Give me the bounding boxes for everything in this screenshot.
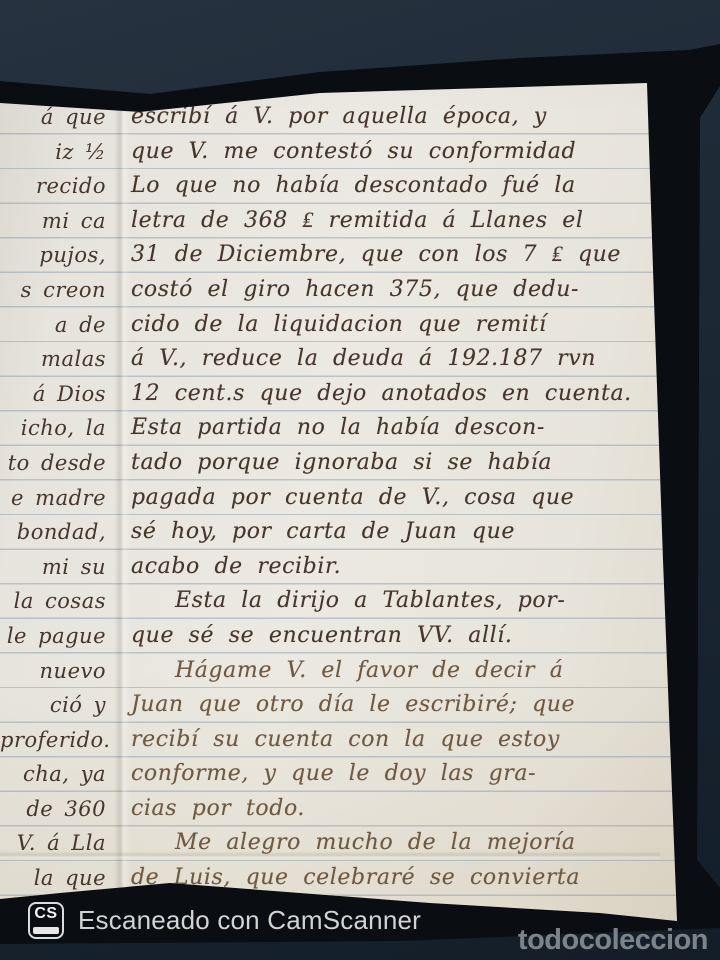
edge-fragment: icho, la: [0, 411, 106, 446]
letter-line: Lo que no había descontado fué la: [131, 169, 671, 204]
letter-line: Juan que otro día le escribiré; que: [131, 688, 671, 723]
letter-line: costó el giro hacen 375, que dedu-: [131, 273, 671, 308]
edge-fragment: to desde: [0, 446, 106, 481]
letter-line: Me alegro mucho de la mejoría: [131, 826, 671, 861]
scanned-letter-photo: á queiz ½recidomi capujos,s creona demal…: [0, 0, 720, 960]
edge-fragment: iz ½: [0, 135, 106, 170]
todocoleccion-watermark: todocoleccion: [518, 924, 708, 957]
letter-line: Esta la dirijo a Tablantes, por-: [131, 584, 671, 619]
edge-fragment: e madre: [0, 481, 106, 516]
edge-fragment: bondad,: [0, 515, 106, 550]
edge-fragment: nuevo: [0, 654, 106, 689]
letter-line: cido de la liquidacion que remití: [131, 308, 671, 343]
edge-fragment: proferido.: [0, 723, 106, 758]
letter-line: 31 de Diciembre, que con los 7 ₤ que: [131, 238, 671, 273]
letter-line: tado porque ignoraba si se había: [131, 446, 671, 481]
letter-line: letra de 368 ₤ remitida á Llanes el: [131, 204, 671, 239]
edge-fragment: mi su: [0, 550, 106, 585]
edge-fragment: á Dios: [0, 377, 106, 412]
camscanner-logo-icon: CS: [28, 902, 64, 939]
letter-body: escribí á V. por aquella época, yque V. …: [131, 100, 671, 896]
edge-fragment: mi ca: [0, 204, 106, 239]
letter-line: acabo de recibir.: [131, 550, 671, 585]
letter-line: conforme, y que le doy las gra-: [131, 757, 671, 792]
camscanner-caption-label: Escaneado con CamScanner: [78, 905, 421, 936]
edge-fragment: s creon: [0, 273, 106, 308]
edge-fragment: la cosas: [0, 584, 106, 619]
letter-paper: á queiz ½recidomi capujos,s creona demal…: [0, 0, 720, 960]
letter-line: recibí su cuenta con la que estoy: [131, 723, 671, 758]
edge-fragment: ció y: [0, 688, 106, 723]
edge-fragment: de 360: [0, 792, 106, 827]
edge-fragment: V. á Lla: [0, 826, 106, 861]
letter-line: Hágame V. el favor de decir á: [131, 654, 671, 689]
camscanner-caption: CS Escaneado con CamScanner: [28, 899, 421, 941]
letter-line: cias por todo.: [131, 792, 671, 827]
edge-fragment: malas: [0, 342, 106, 377]
letter-line: pagada por cuenta de V., cosa que: [131, 481, 671, 516]
left-page-edge-text: á queiz ½recidomi capujos,s creona demal…: [0, 100, 110, 896]
camscanner-logo-bar: [33, 927, 59, 934]
edge-fragment: le pague: [0, 619, 106, 654]
letter-line: sé hoy, por carta de Juan que: [131, 515, 671, 550]
fold-crease-vertical: [114, 90, 130, 905]
edge-fragment: cha, ya: [0, 757, 106, 792]
letter-line: que V. me contestó su conformidad: [131, 135, 671, 170]
edge-fragment: pujos,: [0, 238, 106, 273]
edge-fragment: a de: [0, 308, 106, 343]
edge-fragment: recido: [0, 169, 106, 204]
letter-line: escribí á V. por aquella época, y: [131, 100, 671, 135]
letter-line: Esta partida no la había descon-: [131, 411, 671, 446]
letter-line: á V., reduce la deuda á 192.187 rvn: [131, 342, 671, 377]
letter-line: que sé se encuentran VV. allí.: [131, 619, 671, 654]
letter-line: 12 cent.s que dejo anotados en cuenta.: [131, 377, 671, 412]
